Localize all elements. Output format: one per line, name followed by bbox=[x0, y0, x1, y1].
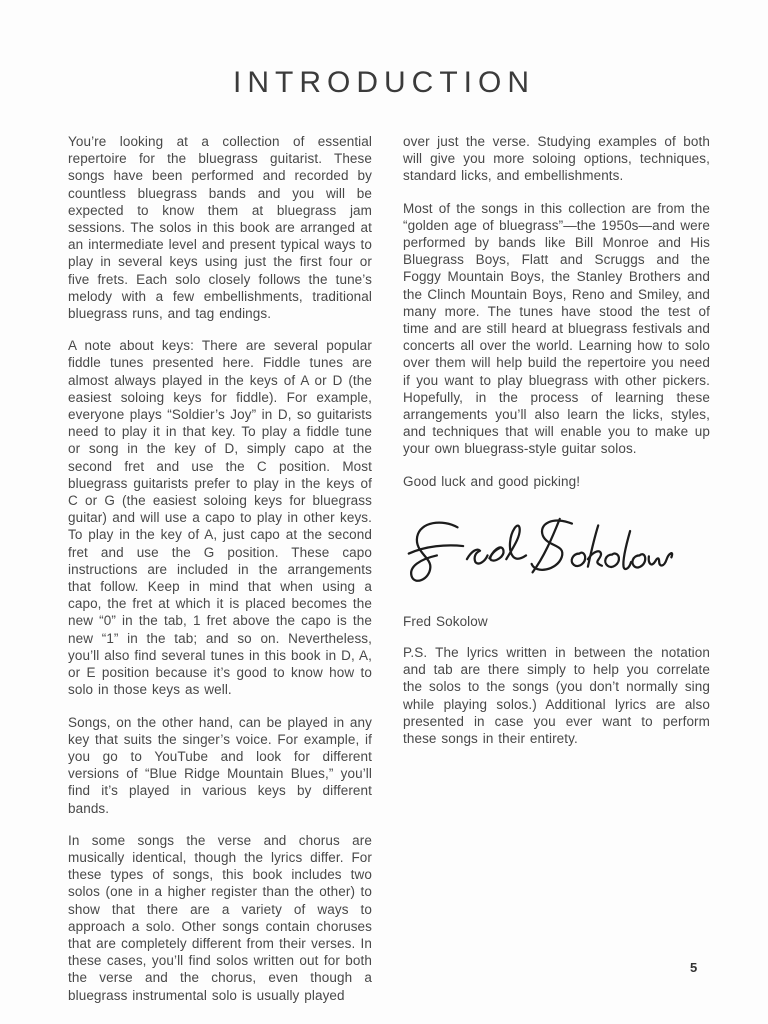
page-title: INTRODUCTION bbox=[0, 66, 768, 100]
right-column: over just the verse. Studying examples o… bbox=[403, 133, 710, 1019]
paragraph-intro: You’re looking at a collection of essent… bbox=[68, 133, 372, 322]
page-number: 5 bbox=[690, 960, 697, 975]
closing-line: Good luck and good picking! bbox=[403, 473, 710, 490]
signature-image bbox=[405, 516, 677, 593]
two-column-layout: You’re looking at a collection of essent… bbox=[68, 133, 710, 1019]
paragraph-verse-chorus: In some songs the verse and chorus are m… bbox=[68, 832, 372, 1004]
book-page: INTRODUCTION You’re looking at a collect… bbox=[0, 0, 768, 1024]
paragraph-verse-continued: over just the verse. Studying examples o… bbox=[403, 133, 710, 185]
paragraph-ps: P.S. The lyrics written in between the n… bbox=[403, 644, 710, 747]
paragraph-keys-note: A note about keys: There are several pop… bbox=[68, 337, 372, 698]
signature-printed-name: Fred Sokolow bbox=[403, 613, 710, 630]
paragraph-songs-keys: Songs, on the other hand, can be played … bbox=[68, 714, 372, 817]
left-column: You’re looking at a collection of essent… bbox=[68, 133, 372, 1019]
paragraph-golden-age: Most of the songs in this collection are… bbox=[403, 200, 710, 458]
